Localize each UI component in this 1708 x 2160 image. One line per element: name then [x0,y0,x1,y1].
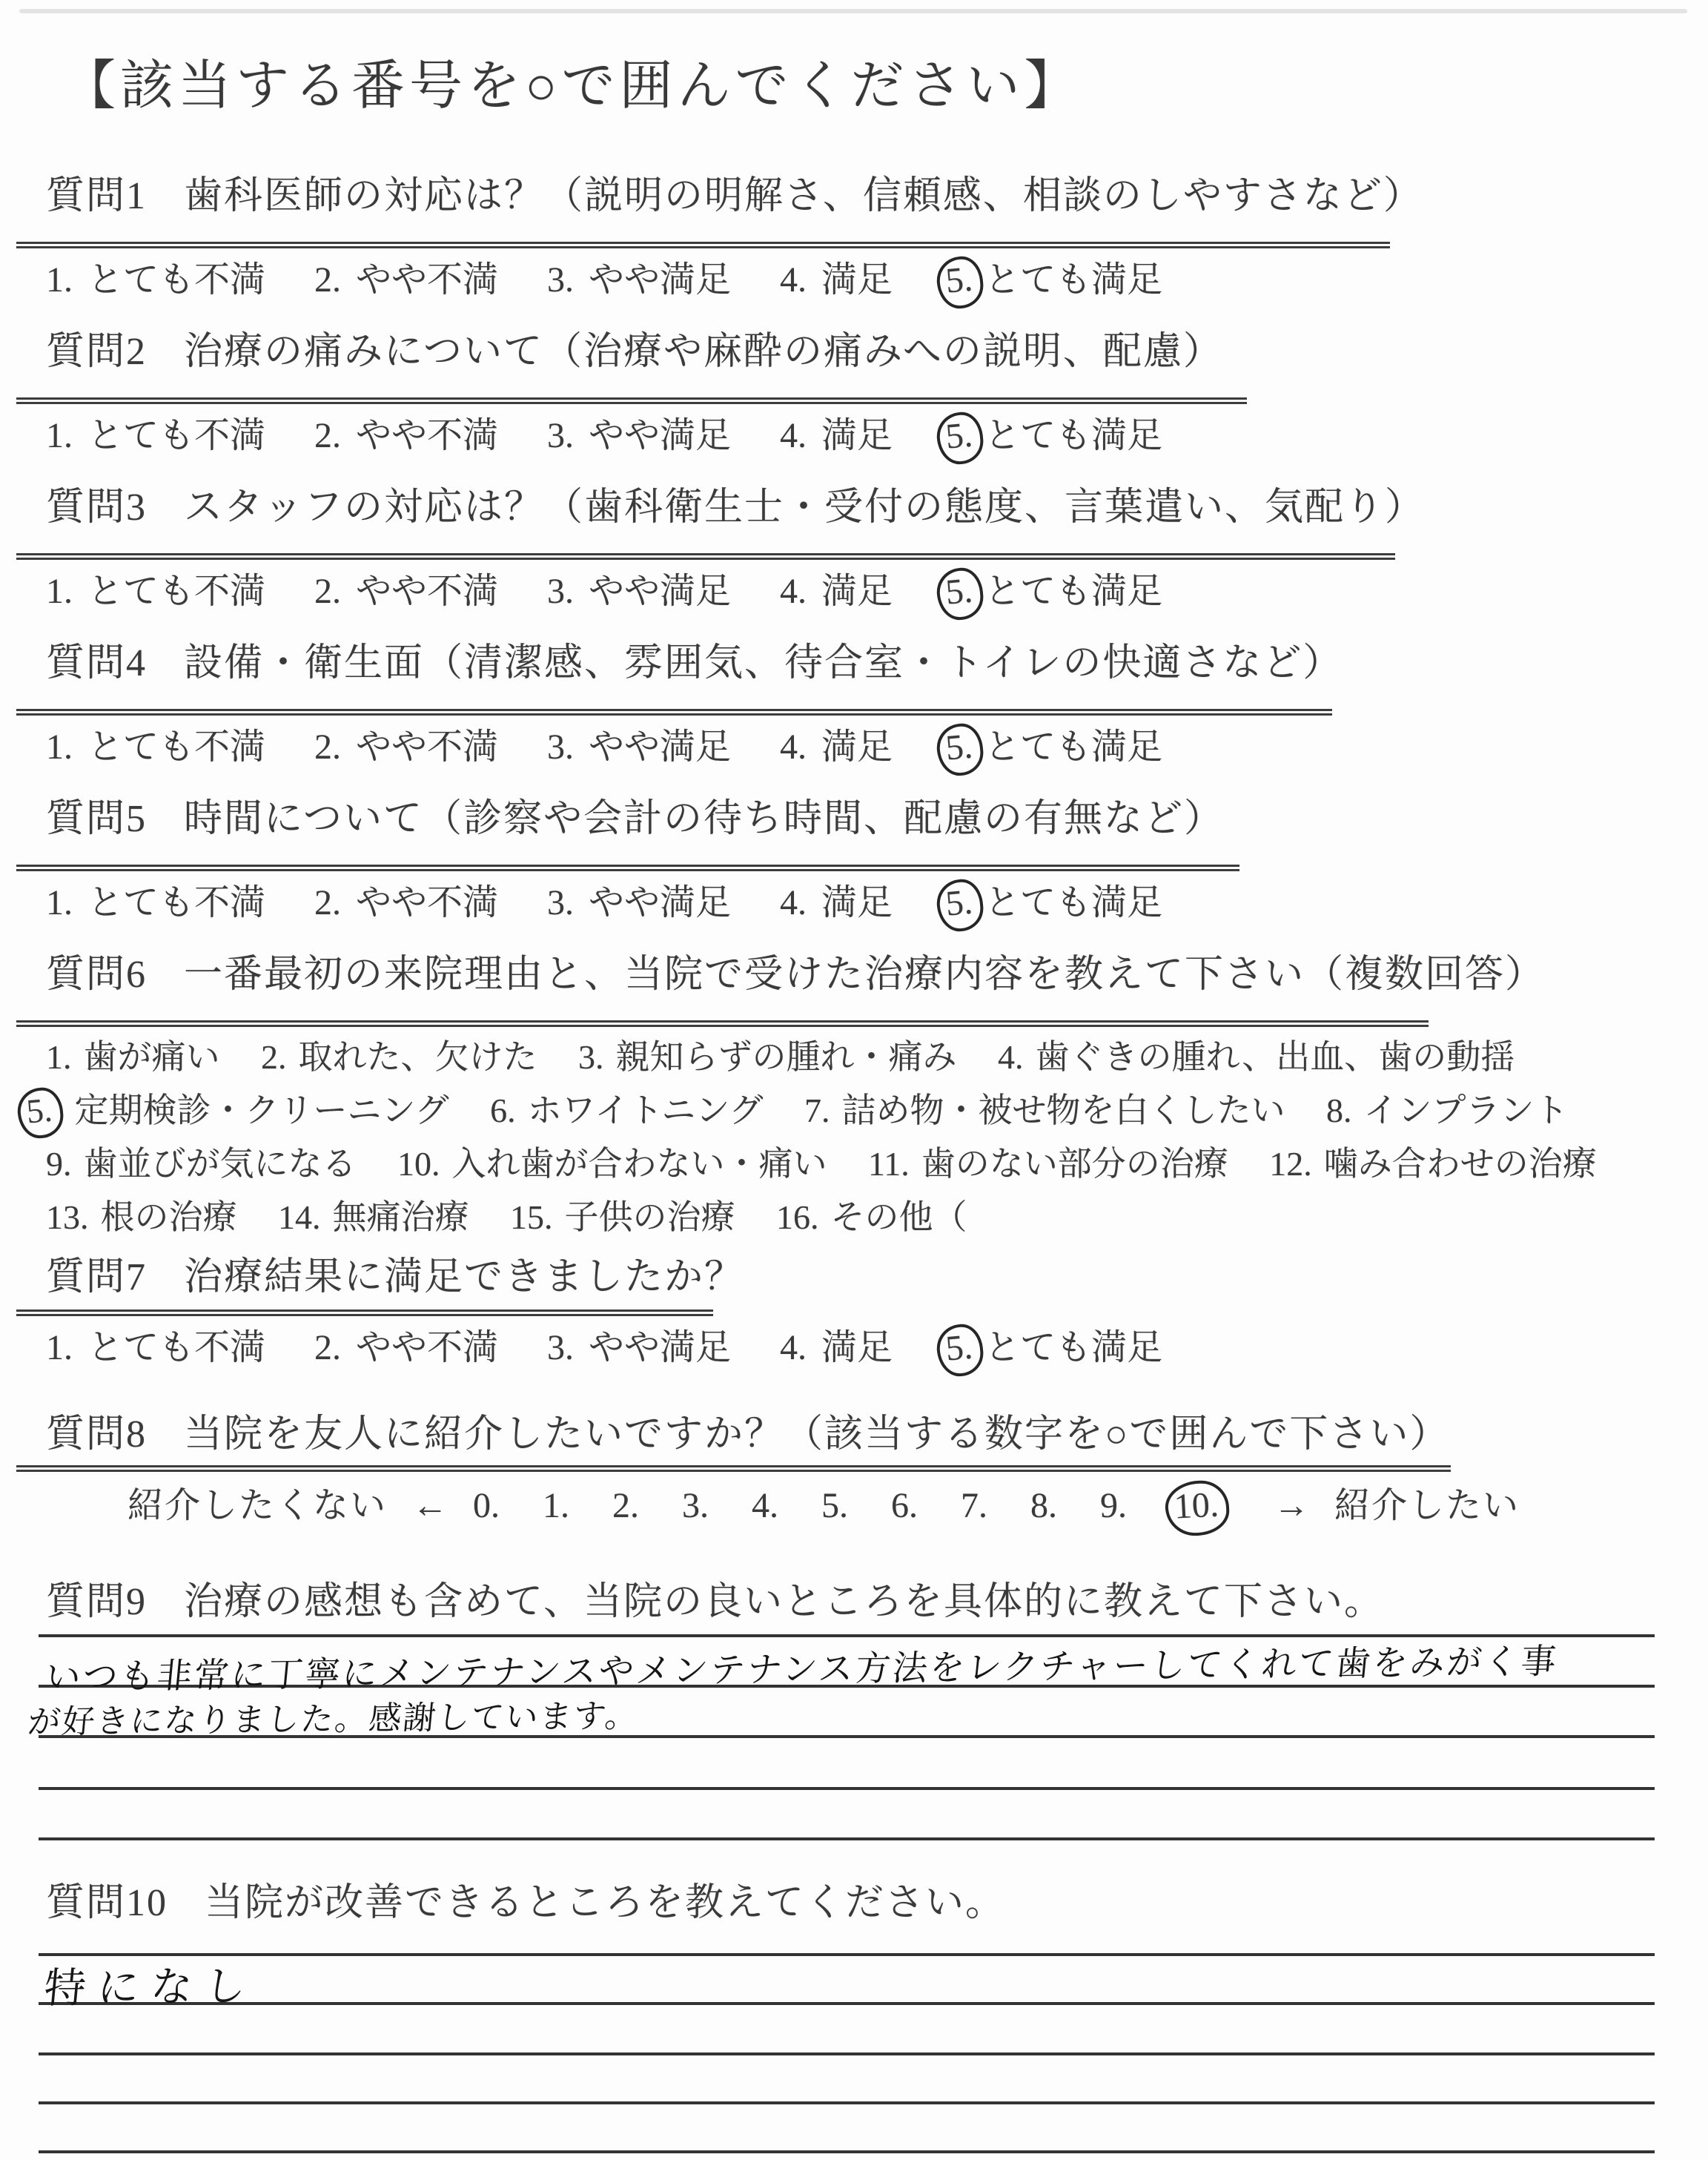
question-number: 質問9 [46,1581,147,1623]
rating-option-2: 2.やや不満 [314,416,498,455]
handwritten-circle-answer: 5. [935,877,985,933]
right-arrow-icon: → [1274,1486,1309,1525]
handwritten-answer-line-1: いつも非常に丁寧にメンテナンスやメンテナンス方法をレクチャーしてくれて歯をみがく… [44,1634,1560,1699]
question-text: 治療の感想も含めて、当院の良いところを具体的に教えて下さい。 [184,1581,1384,1623]
nps-number-0: 0. [473,1486,500,1525]
rating-option-3: 3.やや満足 [547,883,731,922]
rating-option-5-selected: 5.とても満足 [941,883,1162,922]
question-number: 質問1 [46,175,147,217]
handwritten-answer-line-1: 特になし [42,1953,261,2015]
reason-option: 2.取れた、欠けた [261,1038,537,1076]
rating-option-2: 2.やや不満 [314,572,498,611]
answer-ruled-line [39,1837,1655,1840]
rating-option-5-selected: 5.とても満足 [941,416,1162,455]
question-text: 当院が改善できるところを教えてください。 [205,1882,1005,1924]
rating-option-4: 4.満足 [780,727,893,767]
reason-options-row-2: 5.定期検診・クリーニング 6.ホワイトニング 7.詰め物・被せ物を白くしたい … [22,1088,1693,1134]
rating-option-3: 3.やや満足 [547,1328,731,1367]
handwritten-circle-answer: 5. [935,721,985,777]
reason-option: 15.子供の治療 [510,1198,735,1236]
rating-option-1: 1.とても不満 [46,416,265,455]
reason-option: 13.根の治療 [46,1198,237,1236]
question-number: 質問5 [46,798,147,840]
question-8-heading: 質問8当院を友人に紹介したいですか？（該当する数字を○で囲んで下さい） [16,1413,1451,1472]
reason-option: 10.入れ歯が合わない・痛い [397,1145,827,1183]
rating-option-4: 4.満足 [780,883,893,922]
handwritten-circle-answer: 5. [16,1086,64,1140]
reason-options-row-1: 1.歯が痛い 2.取れた、欠けた 3.親知らずの腫れ・痛み 4.歯ぐきの腫れ、出… [46,1034,1693,1080]
rating-scale-row: 1.とても不満 2.やや不満 3.やや満足 4.満足 5.とても満足 [46,570,1693,613]
rating-option-3: 3.やや満足 [547,727,731,767]
nps-number-4: 4. [752,1486,778,1525]
rating-scale-row: 1.とても不満 2.やや不満 3.やや満足 4.満足 5.とても満足 [46,415,1693,458]
handwritten-circle-answer: 10. [1164,1479,1231,1537]
rating-option-5-selected: 5.とても満足 [941,727,1162,767]
reason-option: 7.詰め物・被せ物を白くしたい [804,1091,1285,1129]
question-9: 質問9治療の感想も含めて、当院の良いところを具体的に教えて下さい。 いつも非常に… [16,1581,1693,1848]
question-text: スタッフの対応は？（歯科衛生士・受付の態度、言葉遣い、気配り） [184,486,1425,529]
rating-scale-row: 1.とても不満 2.やや不満 3.やや満足 4.満足 5.とても満足 [46,726,1693,769]
handwritten-circle-answer: 5. [935,254,985,310]
reason-option-other: 16.その他（ [776,1198,967,1236]
rating-option-4: 4.満足 [780,1328,893,1367]
nps-number-5: 5. [821,1486,848,1525]
answer-ruled-line [39,2052,1655,2055]
handwritten-circle-answer: 5. [935,1322,985,1378]
rating-option-2: 2.やや不満 [314,260,498,300]
handwritten-circle-answer: 5. [935,566,985,621]
question-number: 質問4 [46,642,147,684]
question-9-heading: 質問9治療の感想も含めて、当院の良いところを具体的に教えて下さい。 [16,1581,1693,1624]
question-2: 質問2治療の痛みについて（治療や麻酔の痛みへの説明、配慮） 1.とても不満 2.… [16,331,1693,458]
question-7-heading: 質問7治療結果に満足できましたか？ [16,1256,713,1316]
rating-option-1: 1.とても不満 [46,1328,265,1367]
question-number: 質問2 [46,331,147,373]
handwritten-circle-answer: 5. [935,410,985,466]
answer-ruled-line [39,2150,1655,2153]
rating-option-1: 1.とても不満 [46,260,265,300]
rating-option-5-selected: 5.とても満足 [941,1328,1162,1367]
question-1: 質問1歯科医師の対応は？（説明の明解さ、信頼感、相談のしやすさなど） 1.とても… [16,175,1693,302]
rating-scale-row: 1.とても不満 2.やや不満 3.やや満足 4.満足 5.とても満足 [46,1327,1693,1370]
nps-min-label: 紹介したくない [128,1486,387,1525]
reason-option: 3.親知らずの腫れ・痛み [578,1038,957,1076]
question-4: 質問4設備・衛生面（清潔感、雰囲気、待合室・トイレの快適さなど） 1.とても不満… [16,642,1693,769]
answer-ruled-line [39,2002,1655,2005]
rating-option-3: 3.やや満足 [547,572,731,611]
nps-number-2: 2. [612,1486,639,1525]
rating-scale-row: 1.とても不満 2.やや不満 3.やや満足 4.満足 5.とても満足 [46,882,1693,925]
question-number: 質問8 [46,1413,147,1456]
reason-option-selected: 5.定期検診・クリーニング [22,1091,449,1129]
question-text: 設備・衛生面（清潔感、雰囲気、待合室・トイレの快適さなど） [184,642,1343,684]
handwritten-answer-line-2: が好きになりました。感謝しています。 [26,1689,641,1743]
rating-option-2: 2.やや不満 [314,727,498,767]
reason-option: 14.無痛治療 [278,1198,469,1236]
question-number: 質問3 [46,486,147,529]
question-8: 質問8当院を友人に紹介したいですか？（該当する数字を○で囲んで下さい） 紹介した… [16,1413,1693,1528]
nps-number-8: 8. [1030,1486,1057,1525]
reason-options-row-3: 9.歯並びが気になる 10.入れ歯が合わない・痛い 11.歯のない部分の治療 1… [46,1141,1693,1187]
nps-number-9: 9. [1100,1486,1127,1525]
question-4-heading: 質問4設備・衛生面（清潔感、雰囲気、待合室・トイレの快適さなど） [16,642,1332,716]
scan-artifact-line [19,9,1687,13]
nps-scale-row: 紹介したくない←0.1.2.3.4.5.6.7.8.9.10.→紹介したい [128,1484,1693,1528]
nps-number-3: 3. [682,1486,709,1525]
reason-option: 12.噛み合わせの治療 [1269,1145,1597,1183]
question-text: 一番最初の来院理由と、当院で受けた治療内容を教えて下さい（複数回答） [184,954,1545,996]
reason-option: 4.歯ぐきの腫れ、出血、歯の動揺 [998,1038,1515,1076]
question-1-heading: 質問1歯科医師の対応は？（説明の明解さ、信頼感、相談のしやすさなど） [16,175,1390,248]
rating-option-4: 4.満足 [780,416,893,455]
question-7: 質問7治療結果に満足できましたか？ 1.とても不満 2.やや不満 3.やや満足 … [16,1256,1693,1370]
rating-option-2: 2.やや不満 [314,883,498,922]
question-3-heading: 質問3スタッフの対応は？（歯科衛生士・受付の態度、言葉遣い、気配り） [16,486,1395,560]
answer-ruled-line [39,1787,1655,1790]
question-text: 治療結果に満足できましたか？ [184,1256,744,1298]
rating-scale-row: 1.とても不満 2.やや不満 3.やや満足 4.満足 5.とても満足 [46,259,1693,302]
question-text: 時間について（診察や会計の待ち時間、配慮の有無など） [184,798,1224,840]
question-2-heading: 質問2治療の痛みについて（治療や麻酔の痛みへの説明、配慮） [16,331,1247,404]
question-5: 質問5時間について（診察や会計の待ち時間、配慮の有無など） 1.とても不満 2.… [16,798,1693,925]
scanned-survey-page: 【該当する番号を○で囲んでください】 質問1歯科医師の対応は？（説明の明解さ、信… [0,0,1708,2160]
question-text: 歯科医師の対応は？（説明の明解さ、信頼感、相談のしやすさなど） [184,175,1423,217]
rating-option-1: 1.とても不満 [46,883,265,922]
nps-max-label: 紹介したい [1334,1486,1520,1525]
rating-option-5-selected: 5.とても満足 [941,572,1162,611]
question-text: 治療の痛みについて（治療や麻酔の痛みへの説明、配慮） [184,331,1223,373]
rating-option-3: 3.やや満足 [547,416,731,455]
question-10: 質問10当院が改善できるところを教えてください。 特になし [16,1882,1693,2158]
reason-option: 9.歯並びが気になる [46,1145,357,1183]
rating-option-1: 1.とても不満 [46,727,265,767]
nps-number-6: 6. [891,1486,918,1525]
rating-option-5-selected: 5.とても満足 [941,260,1162,300]
answer-ruled-line [39,1953,1655,1956]
rating-option-2: 2.やや不満 [314,1328,498,1367]
question-number: 質問10 [46,1882,168,1924]
page-title: 【該当する番号を○で囲んでください】 [62,56,1082,116]
question-3: 質問3スタッフの対応は？（歯科衛生士・受付の態度、言葉遣い、気配り） 1.とても… [16,486,1693,613]
question-6-heading: 質問6一番最初の来院理由と、当院で受けた治療内容を教えて下さい（複数回答） [16,954,1429,1027]
answer-ruled-line [39,2101,1655,2104]
question-number: 質問6 [46,954,147,996]
rating-option-4: 4.満足 [780,572,893,611]
rating-option-4: 4.満足 [780,260,893,300]
rating-option-1: 1.とても不満 [46,572,265,611]
reason-option: 8.インプラント [1326,1091,1569,1129]
question-5-heading: 質問5時間について（診察や会計の待ち時間、配慮の有無など） [16,798,1239,871]
reason-option: 11.歯のない部分の治療 [868,1145,1228,1183]
question-text: 当院を友人に紹介したいですか？（該当する数字を○で囲んで下さい） [184,1413,1449,1456]
reason-options-row-4: 13.根の治療 14.無痛治療 15.子供の治療 16.その他（ ） [46,1195,1693,1241]
question-10-heading: 質問10当院が改善できるところを教えてください。 [16,1882,1693,1925]
question-6: 質問6一番最初の来院理由と、当院で受けた治療内容を教えて下さい（複数回答） 1.… [16,954,1693,1241]
nps-number-7: 7. [961,1486,987,1525]
left-arrow-icon: ← [412,1486,448,1525]
reason-option: 1.歯が痛い [46,1038,220,1076]
nps-number-1: 1. [543,1486,569,1525]
rating-option-3: 3.やや満足 [547,260,731,300]
question-number: 質問7 [46,1256,147,1298]
reason-option: 6.ホワイトニング [490,1091,763,1129]
